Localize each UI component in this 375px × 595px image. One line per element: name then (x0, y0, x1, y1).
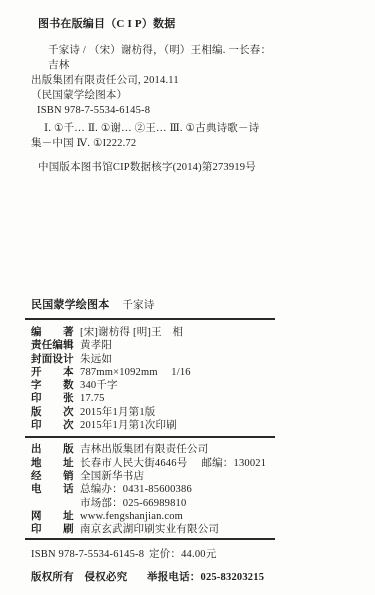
cip-classification: Ⅰ. ①千… Ⅱ. ①谢… ②王… Ⅲ. ①古典诗歌－诗 集－中国 Ⅳ. ①I2… (31, 121, 281, 151)
row-label: 开 本 (31, 366, 74, 379)
row-value: 340千字 (80, 380, 118, 391)
row-value: 吉林出版集团有限责任公司 (80, 444, 208, 455)
row-value: 长春市人民大街4646号 (80, 458, 187, 469)
row-value: 朱远如 (80, 354, 112, 365)
postal-code: 邮编：130021 (201, 458, 266, 469)
credits-row-sheets: 印 张17.75 (31, 392, 375, 405)
cip-heading: 图书在版编目（C I P）数据 (38, 18, 375, 31)
row-value: 17.75 (80, 393, 105, 404)
credits-row-format: 开 本787mm×1092mm 1/16 (31, 366, 375, 379)
row-label: 印 刷 (31, 523, 74, 536)
copyright-page: 图书在版编目（C I P）数据 千家诗 / （宋）谢枋得，（明）王相编. 一长春… (0, 0, 375, 595)
row-value: 市场部：025-66989810 (80, 498, 186, 509)
publishing-row-website: 网 址www.fengshanjian.com (31, 510, 375, 523)
divider-rule-middle (25, 436, 275, 438)
credits-row-edition: 版 次2015年1月第1版 (31, 406, 375, 419)
isbn-price-line: ISBN 978-7-5534-6145-8定价：44.00元 (31, 548, 375, 561)
row-label: 责任编辑 (31, 339, 74, 352)
row-label: 网 址 (31, 510, 74, 523)
row-value: www.fengshanjian.com (80, 511, 183, 522)
isbn-number: ISBN 978-7-5534-6145-8 (31, 548, 149, 561)
row-label: 地 址 (31, 457, 74, 470)
row-label: 字 数 (31, 379, 74, 392)
row-value: [宋]谢枋得 [明]王 相 (80, 327, 183, 338)
colophon-title: 民国蒙学绘图本千家诗 (31, 298, 375, 313)
row-label (31, 497, 74, 510)
cip-series-note: （民国蒙学绘图本） (31, 88, 281, 103)
row-value: 黄孝阳 (80, 340, 112, 351)
publishing-row-phone-main: 电 话总编办：0431-85600386 (31, 483, 375, 496)
publishing-row-phone-market: 市场部：025-66989810 (31, 497, 375, 510)
publishing-block: 出 版吉林出版集团有限责任公司 地 址长春市人民大街4646号邮编：130021… (31, 443, 375, 536)
cip-registry-number: 中国版本图书馆CIP数据核字(2014)第273919号 (38, 160, 375, 175)
credits-row-responsible-editor: 责任编辑黄孝阳 (31, 339, 375, 352)
copyright-notice: 版权所有 侵权必究 (31, 571, 147, 584)
row-label: 出 版 (31, 443, 74, 456)
row-value: 787mm×1092mm 1/16 (80, 367, 191, 378)
divider-rule-bottom (25, 538, 275, 540)
row-label: 印 次 (31, 419, 74, 432)
credits-row-editor: 编 著[宋]谢枋得 [明]王 相 (31, 326, 375, 339)
divider-rule-top (25, 318, 275, 320)
credits-row-cover-design: 封面设计朱远如 (31, 353, 375, 366)
credits-row-word-count: 字 数340千字 (31, 379, 375, 392)
credits-row-printing: 印 次2015年1月第1次印刷 (31, 419, 375, 432)
copyright-line: 版权所有 侵权必究举报电话：025-83203215 (31, 571, 375, 584)
row-value: 2015年1月第1次印刷 (80, 420, 177, 431)
row-value: 总编办：0431-85600386 (80, 484, 192, 495)
cip-record-line-1: 千家诗 / （宋）谢枋得，（明）王相编. 一长春：吉林 (31, 43, 281, 73)
publishing-row-address: 地 址长春市人民大街4646号邮编：130021 (31, 457, 375, 470)
cip-class-line-1: Ⅰ. ①千… Ⅱ. ①谢… ②王… Ⅲ. ①古典诗歌－诗 (31, 121, 281, 136)
cip-record: 千家诗 / （宋）谢枋得，（明）王相编. 一长春：吉林 出版集团有限责任公司, … (31, 43, 281, 118)
report-phone: 举报电话：025-83203215 (147, 572, 264, 583)
row-label: 电 话 (31, 483, 74, 496)
row-label: 版 次 (31, 406, 74, 419)
row-label: 经 销 (31, 470, 74, 483)
credits-block: 编 著[宋]谢枋得 [明]王 相 责任编辑黄孝阳 封面设计朱远如 开 本787m… (31, 326, 375, 432)
row-value: 南京玄武湖印刷实业有限公司 (80, 524, 219, 535)
cip-record-line-2: 出版集团有限责任公司, 2014.11 (31, 73, 281, 88)
book-title: 千家诗 (122, 300, 154, 311)
series-title: 民国蒙学绘图本 (31, 299, 109, 311)
cip-isbn: ISBN 978-7-5534-6145-8 (31, 103, 281, 118)
publishing-row-printer: 印 刷南京玄武湖印刷实业有限公司 (31, 523, 375, 536)
publishing-row-publisher: 出 版吉林出版集团有限责任公司 (31, 443, 375, 456)
row-label: 封面设计 (31, 353, 74, 366)
row-label: 编 著 (31, 326, 74, 339)
row-value: 2015年1月第1版 (80, 407, 156, 418)
row-value: 全国新华书店 (80, 471, 144, 482)
cip-class-line-2: 集－中国 Ⅳ. ①I222.72 (31, 136, 281, 151)
row-label: 印 张 (31, 392, 74, 405)
price: 定价：44.00元 (149, 549, 216, 560)
publishing-row-distribution: 经 销全国新华书店 (31, 470, 375, 483)
